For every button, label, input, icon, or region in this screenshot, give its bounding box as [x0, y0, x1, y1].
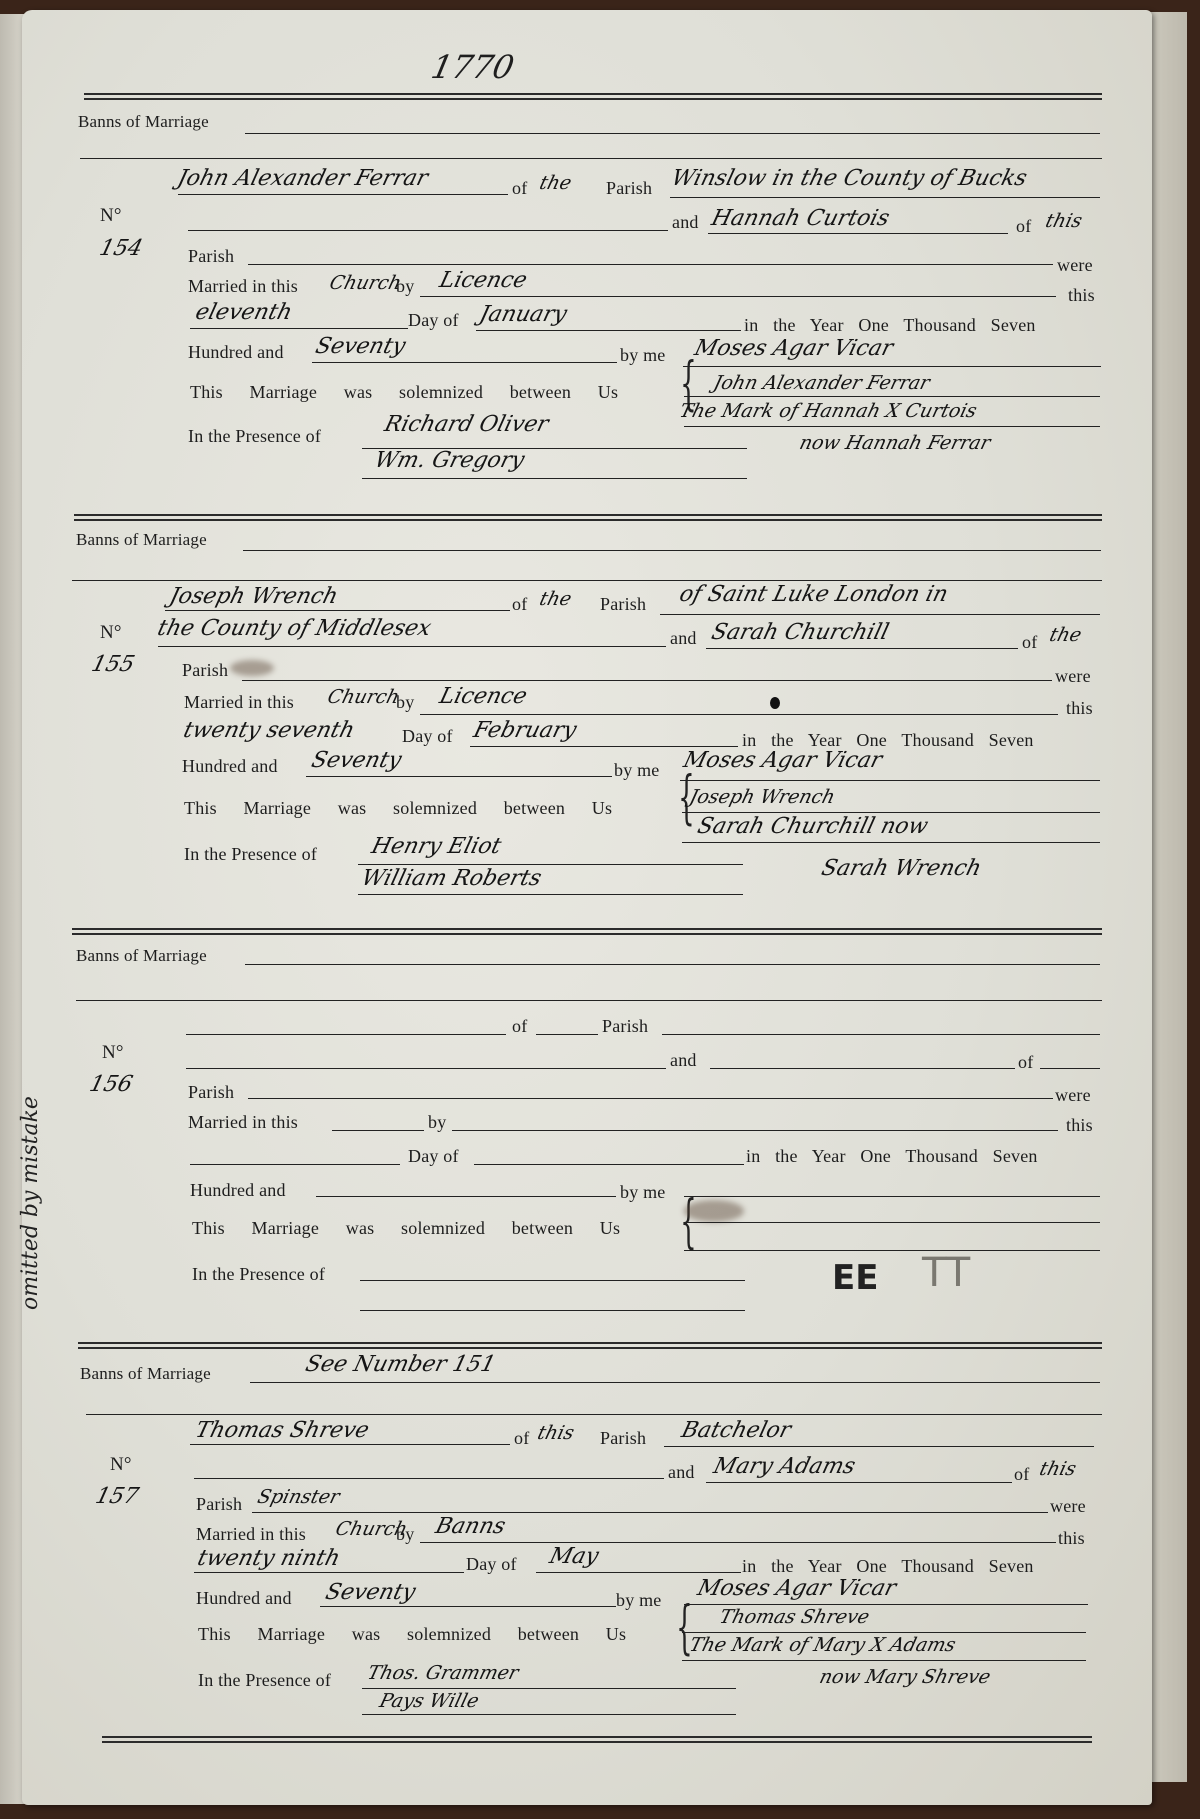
bride-of: this: [1043, 210, 1084, 232]
double-rule: [72, 928, 1102, 935]
year-label: in the Year One Thousand Seven: [746, 1146, 1038, 1167]
rule: [358, 894, 743, 895]
rule: [248, 264, 1053, 265]
of-label: of: [1018, 1052, 1033, 1073]
signature-note: now Mary Shreve: [817, 1666, 993, 1688]
rule: [664, 1446, 1094, 1447]
rule: [1040, 1068, 1100, 1069]
rule: [190, 1444, 510, 1445]
day-of-label: Day of: [466, 1554, 517, 1575]
officiant: Moses Agar Vicar: [695, 1576, 899, 1601]
double-rule: [102, 1736, 1092, 1743]
banns-label: Banns of Marriage: [76, 530, 207, 550]
witness-1: Thos. Grammer: [365, 1662, 521, 1684]
groom-name: Thomas Shreve: [193, 1418, 372, 1443]
hundred-and-label: Hundred and: [188, 342, 284, 363]
rule: [194, 1478, 664, 1479]
parish-label: Parish: [188, 246, 234, 267]
rule: [158, 646, 666, 647]
groom-parish: of Saint Luke London in: [677, 582, 951, 607]
rule: [178, 194, 508, 195]
double-rule: [74, 514, 1102, 521]
signature-groom: Joseph Wrench: [687, 786, 837, 808]
rule: [316, 1196, 616, 1197]
rule: [670, 197, 1100, 198]
banns-line: [245, 133, 1100, 134]
rule: [248, 1098, 1053, 1099]
bride-name: Hannah Curtois: [709, 206, 892, 231]
rule: [662, 1034, 1100, 1035]
rule: [312, 362, 617, 363]
of-label: of: [512, 594, 527, 615]
bride-name: Mary Adams: [711, 1454, 858, 1479]
presence-label: In the Presence of: [184, 844, 317, 865]
entry-number: 156: [87, 1072, 135, 1097]
rule: [680, 780, 1100, 781]
day-of-label: Day of: [408, 1146, 459, 1167]
signature-groom: Thomas Shreve: [717, 1606, 872, 1628]
signature-bride: The Mark of Hannah X Curtois: [677, 400, 979, 422]
by-label: by: [396, 1524, 414, 1545]
parish-label: Parish: [196, 1494, 242, 1515]
bride-of: the: [1047, 624, 1084, 646]
rule: [186, 1034, 506, 1035]
groom-of: this: [535, 1422, 576, 1444]
parish-label: Parish: [600, 594, 646, 615]
rule: [536, 1034, 598, 1035]
ink-blot: [770, 697, 780, 709]
witness-2: Pays Wille: [377, 1690, 481, 1712]
double-rule: [84, 93, 1102, 100]
witness-2: William Roberts: [359, 866, 544, 891]
and-label: and: [672, 212, 699, 233]
rule: [320, 1606, 616, 1607]
rule: [420, 296, 1056, 297]
ink-smudge: [230, 660, 274, 676]
day-of-label: Day of: [402, 726, 453, 747]
groom-name: Joseph Wrench: [167, 584, 341, 609]
rule: [188, 230, 668, 231]
entry-number: 154: [97, 236, 145, 261]
year-heading: 1770: [428, 48, 518, 86]
rule: [362, 478, 747, 479]
rule: [190, 328, 408, 329]
rule: [682, 1632, 1086, 1633]
by-me-label: by me: [614, 760, 660, 781]
number-label: N°: [100, 622, 122, 644]
number-label: N°: [102, 1042, 124, 1064]
rule: [72, 580, 1102, 581]
rule: [76, 1000, 1102, 1001]
of-label: of: [1022, 632, 1037, 653]
rule: [710, 1068, 1015, 1069]
place: Church: [325, 686, 401, 708]
parish-label: Parish: [182, 660, 228, 681]
of-label: of: [1014, 1464, 1029, 1485]
of-label: of: [1016, 216, 1031, 237]
year-label: in the Year One Thousand Seven: [744, 315, 1036, 336]
rule: [194, 1572, 464, 1573]
rule: [80, 158, 1102, 159]
were-label: were: [1050, 1496, 1086, 1517]
number-label: N°: [110, 1454, 132, 1476]
rule: [682, 1660, 1086, 1661]
solemnized-label: This Marriage was solemnized between Us: [190, 382, 618, 403]
bride-parish: Spinster: [255, 1486, 342, 1508]
method: Licence: [437, 684, 530, 709]
rule: [362, 1714, 736, 1715]
parish-label: Parish: [188, 1082, 234, 1103]
this-label: this: [1068, 285, 1095, 306]
year-suffix: Seventy: [313, 334, 408, 359]
margin-note: omitted by mistake: [18, 1096, 43, 1310]
day: twenty seventh: [181, 718, 357, 743]
hundred-and-label: Hundred and: [182, 756, 278, 777]
rule: [684, 396, 1100, 397]
were-label: were: [1057, 255, 1093, 276]
by-label: by: [428, 1112, 446, 1133]
rule: [706, 648, 1018, 649]
rule: [190, 1164, 400, 1165]
by-me-label: by me: [620, 1182, 666, 1203]
bride-name: Sarah Churchill: [709, 620, 892, 645]
presence-label: In the Presence of: [198, 1670, 331, 1691]
witness-2: Wm. Gregory: [372, 448, 527, 473]
by-label: by: [396, 692, 414, 713]
rule: [360, 1310, 745, 1311]
banns-line: [243, 550, 1101, 551]
of-label: of: [512, 178, 527, 199]
month: January: [477, 302, 570, 327]
parish-label: Parish: [600, 1428, 646, 1449]
year-suffix: Seventy: [309, 748, 404, 773]
rule: [684, 1604, 1088, 1605]
place: Church: [327, 272, 403, 294]
signature-bride: The Mark of Mary X Adams: [687, 1634, 958, 1656]
parish-label: Parish: [602, 1016, 648, 1037]
married-in-label: Married in this: [196, 1524, 306, 1545]
signature-note: Sarah Wrench: [819, 856, 984, 881]
method: Banns: [433, 1514, 508, 1539]
married-in-label: Married in this: [188, 1112, 298, 1133]
month: February: [471, 718, 579, 743]
were-label: were: [1055, 1085, 1091, 1106]
rule: [242, 680, 1052, 681]
method: Licence: [437, 268, 530, 293]
rule: [683, 366, 1101, 367]
rule: [708, 233, 1008, 234]
by-me-label: by me: [616, 1590, 662, 1611]
rule: [682, 842, 1100, 843]
rule: [452, 1130, 1058, 1131]
solemnized-label: This Marriage was solemnized between Us: [192, 1218, 620, 1239]
rule: [86, 1414, 1102, 1415]
this-label: this: [1058, 1528, 1085, 1549]
rule: [474, 1164, 744, 1165]
rule: [684, 426, 1100, 427]
of-label: of: [512, 1016, 527, 1037]
double-rule: [78, 1342, 1102, 1349]
stamp-mark-ghost: TT: [922, 1250, 970, 1296]
rule: [306, 776, 612, 777]
banns-label: Banns of Marriage: [76, 946, 207, 966]
banns-line: [250, 1382, 1100, 1383]
rule: [332, 1130, 424, 1131]
rule: [362, 1688, 736, 1689]
this-label: this: [1066, 1115, 1093, 1136]
month: May: [547, 1544, 601, 1569]
were-label: were: [1055, 666, 1091, 687]
brace: {: [680, 1192, 697, 1250]
day: twenty ninth: [195, 1546, 343, 1571]
officiant: Moses Agar Vicar: [681, 748, 885, 773]
year-suffix: Seventy: [323, 1580, 418, 1605]
rule: [186, 1068, 666, 1069]
day: eleventh: [193, 300, 295, 325]
rule: [684, 1222, 1100, 1223]
banns-label: Banns of Marriage: [80, 1364, 211, 1384]
of-label: of: [514, 1428, 529, 1449]
married-in-label: Married in this: [184, 692, 294, 713]
solemnized-label: This Marriage was solemnized between Us: [184, 798, 612, 819]
hundred-and-label: Hundred and: [190, 1180, 286, 1201]
rule: [165, 610, 510, 611]
rule: [420, 1542, 1056, 1543]
rule: [660, 614, 1100, 615]
rule: [536, 1572, 741, 1573]
married-in-label: Married in this: [188, 276, 298, 297]
presence-label: In the Presence of: [192, 1264, 325, 1285]
witness-1: Henry Eliot: [369, 834, 504, 859]
groom-of: the: [537, 172, 574, 194]
rule: [252, 1512, 1048, 1513]
rule: [420, 714, 1058, 715]
banns-value: See Number 151: [303, 1352, 498, 1377]
rule: [684, 1250, 1100, 1251]
by-me-label: by me: [620, 345, 666, 366]
entry-number: 157: [93, 1484, 141, 1509]
solemnized-label: This Marriage was solemnized between Us: [198, 1624, 626, 1645]
rule: [684, 1196, 1100, 1197]
day-of-label: Day of: [408, 310, 459, 331]
groom-line-2: the County of Middlesex: [155, 616, 434, 641]
hundred-and-label: Hundred and: [196, 1588, 292, 1609]
presence-label: In the Presence of: [188, 426, 321, 447]
bride-of: this: [1037, 1458, 1078, 1480]
by-label: by: [396, 276, 414, 297]
ink-smudge: [684, 1200, 744, 1222]
and-label: and: [670, 1050, 697, 1071]
number-label: N°: [100, 205, 122, 227]
signature-note: now Hannah Ferrar: [797, 432, 992, 454]
entry-number: 155: [89, 652, 137, 677]
and-label: and: [670, 628, 697, 649]
witness-1: Richard Oliver: [382, 412, 551, 437]
groom-parish: Winslow in the County of Bucks: [669, 166, 1030, 191]
rule: [358, 864, 743, 865]
banns-line: [245, 964, 1100, 965]
rule: [706, 1482, 1012, 1483]
banns-label: Banns of Marriage: [78, 112, 209, 132]
rule: [476, 330, 741, 331]
groom-name: John Alexander Ferrar: [175, 166, 431, 191]
parish-label: Parish: [606, 178, 652, 199]
year-label: in the Year One Thousand Seven: [742, 1556, 1034, 1577]
rule: [470, 746, 738, 747]
rule: [682, 812, 1100, 813]
officiant: Moses Agar Vicar: [692, 336, 896, 361]
stamp-mark-ee: EE: [832, 1258, 878, 1298]
groom-of: the: [537, 588, 574, 610]
signature-bride: Sarah Churchill now: [695, 814, 931, 839]
this-label: this: [1066, 698, 1093, 719]
signature-groom: John Alexander Ferrar: [711, 372, 932, 394]
and-label: and: [668, 1462, 695, 1483]
groom-parish: Batchelor: [679, 1418, 794, 1443]
rule: [360, 1280, 745, 1281]
